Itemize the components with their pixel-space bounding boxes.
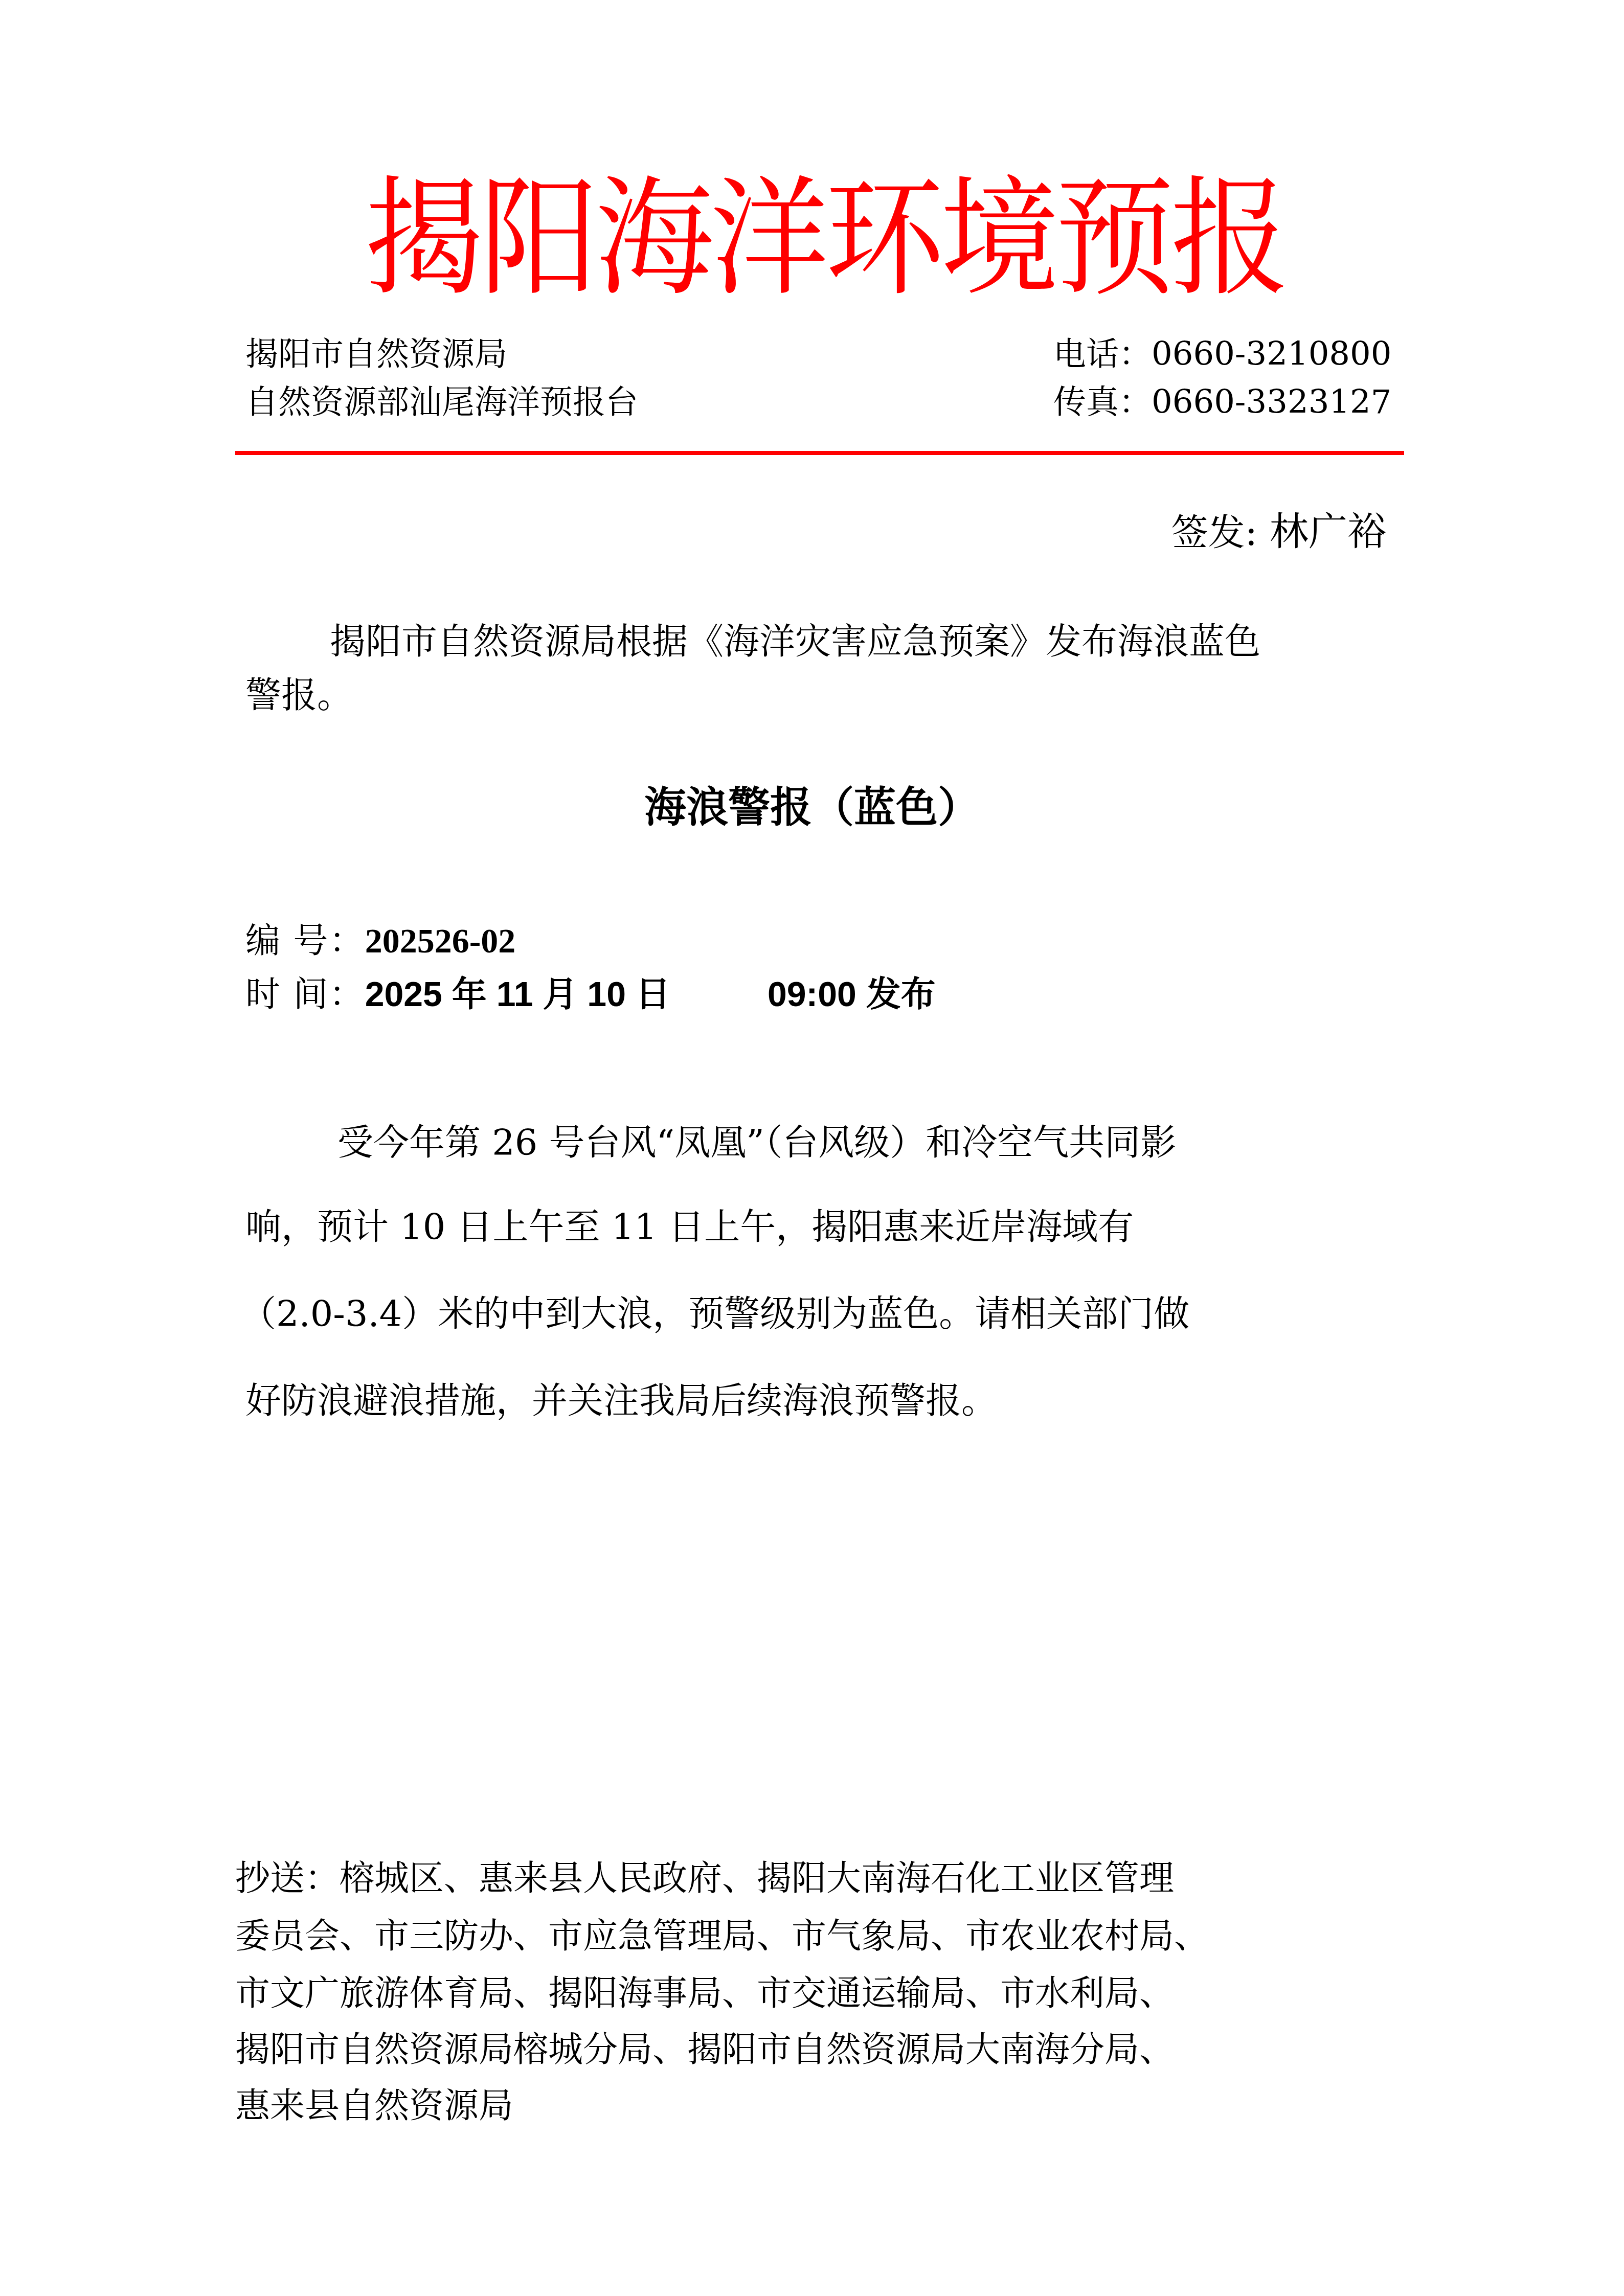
signature-label: 签发: bbox=[1171, 511, 1257, 554]
cc-line-2: 委员会、市三防办、市应急管理局、市气象局、市农业农村局、 bbox=[235, 1911, 1209, 1962]
alert-release-time: 09:00 发布 bbox=[768, 975, 936, 1014]
masthead-title: 揭阳海洋环境预报 bbox=[307, 164, 1343, 317]
cc-line-1: 抄送：榕城区、惠来县人民政府、揭阳大南海石化工业区管理 bbox=[235, 1853, 1174, 1904]
body-line-1: 受今年第 26 号台风“凤凰”（台风级）和冷空气共同影 bbox=[337, 1115, 1176, 1171]
cc-line-3: 市文广旅游体育局、揭阳海事局、市交通运输局、市水利局、 bbox=[235, 1968, 1174, 2019]
body-line-2: 响，预计 10 日上午至 11 日上午，揭阳惠来近岸海域有 bbox=[245, 1199, 1134, 1255]
alert-time-value: 2025 年 11 月 10 日 bbox=[365, 975, 670, 1014]
fax-line: 传真：0660-3323127 bbox=[1053, 379, 1392, 425]
alert-time-row: 时 间：2025 年 11 月 10 日09:00 发布 bbox=[245, 969, 936, 1020]
alert-number-label: 编 号： bbox=[245, 921, 365, 961]
intro-line-1: 揭阳市自然资源局根据《海洋灾害应急预案》发布海浪蓝色 bbox=[330, 613, 1260, 670]
cc-line-5: 惠来县自然资源局 bbox=[235, 2081, 513, 2132]
alert-number-row: 编 号：202526-02 bbox=[245, 915, 515, 967]
issuer-line-1: 揭阳市自然资源局 bbox=[245, 331, 507, 377]
body-line-3: （2.0-3.4）米的中到大浪，预警级别为蓝色。请相关部门做 bbox=[240, 1286, 1189, 1342]
alert-time-label: 时 间： bbox=[245, 974, 365, 1015]
phone-line: 电话：0660-3210800 bbox=[1053, 331, 1392, 377]
signature: 签发:林广裕 bbox=[1171, 504, 1386, 560]
alert-number-value: 202526-02 bbox=[365, 921, 516, 960]
signature-name: 林广裕 bbox=[1270, 509, 1386, 554]
cc-line-4: 揭阳市自然资源局榕城分局、揭阳市自然资源局大南海分局、 bbox=[235, 2025, 1174, 2076]
body-line-4: 好防浪避浪措施，并关注我局后续海浪预警报。 bbox=[245, 1373, 997, 1429]
issuer-line-2: 自然资源部汕尾海洋预报台 bbox=[245, 379, 638, 425]
alert-heading: 海浪警报（蓝色） bbox=[0, 777, 1624, 838]
masthead-divider bbox=[235, 451, 1404, 455]
intro-line-2: 警报。 bbox=[245, 667, 353, 723]
